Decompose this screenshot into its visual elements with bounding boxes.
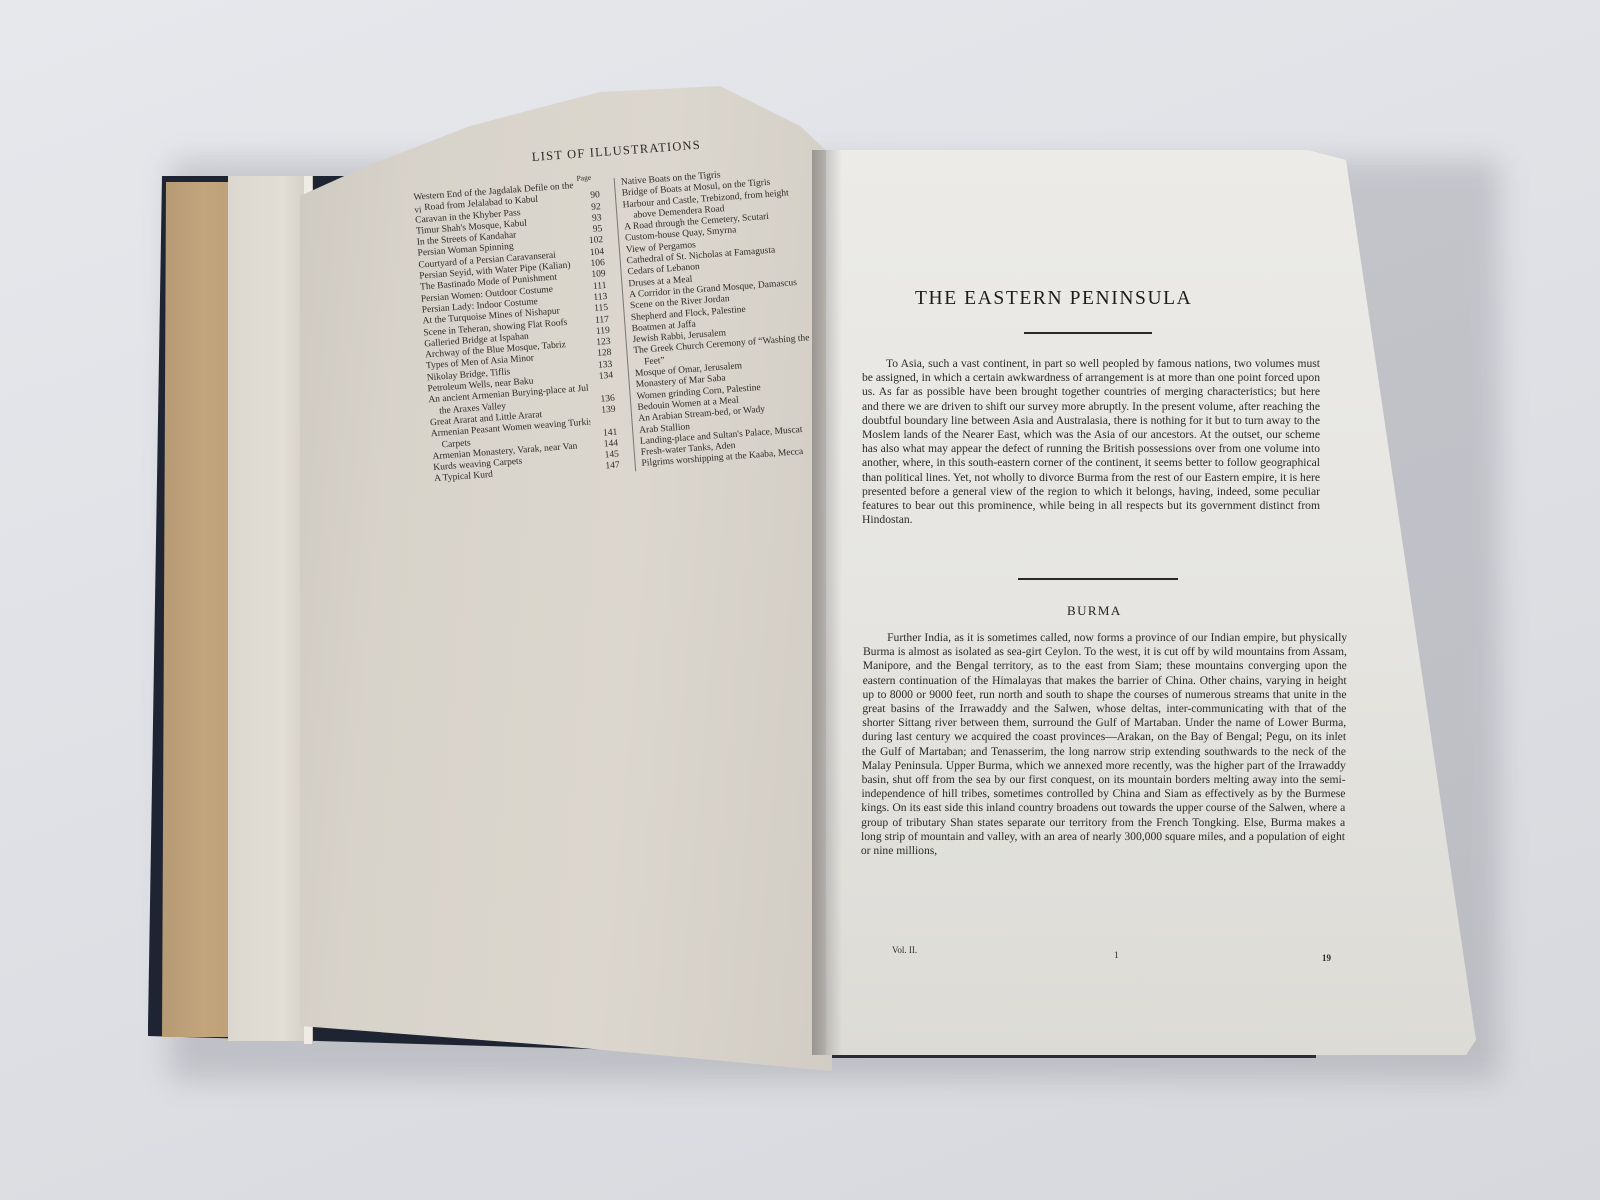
illustration-page: 147 bbox=[593, 461, 620, 474]
section-rule bbox=[1018, 578, 1178, 580]
list-of-illustrations: LIST OF ILLUSTRATIONS vi Page Western En… bbox=[396, 119, 851, 510]
section-heading: BURMA bbox=[1067, 603, 1122, 619]
running-head: LIST OF ILLUSTRATIONS bbox=[532, 140, 702, 164]
burma-text: Further India, as it is sometimes called… bbox=[861, 631, 1347, 857]
page-number: 19 bbox=[1322, 953, 1331, 963]
chapter-title: THE EASTERN PENINSULA bbox=[915, 288, 1192, 310]
intro-paragraph: To Asia, such a vast continent, in part … bbox=[862, 357, 1320, 527]
signature-mark: 1 bbox=[1114, 950, 1119, 960]
title-rule bbox=[1024, 332, 1152, 334]
gutter-shadow bbox=[812, 150, 842, 1055]
intro-text: To Asia, such a vast continent, in part … bbox=[862, 357, 1320, 526]
pastedown-endpaper bbox=[162, 182, 232, 1037]
flyleaf bbox=[228, 176, 308, 1041]
illustrations-column-left: Western End of the Jagdalak Defile on th… bbox=[413, 179, 620, 486]
volume-mark: Vol. II. bbox=[892, 945, 917, 955]
burma-paragraph: Further India, as it is sometimes called… bbox=[861, 631, 1347, 858]
